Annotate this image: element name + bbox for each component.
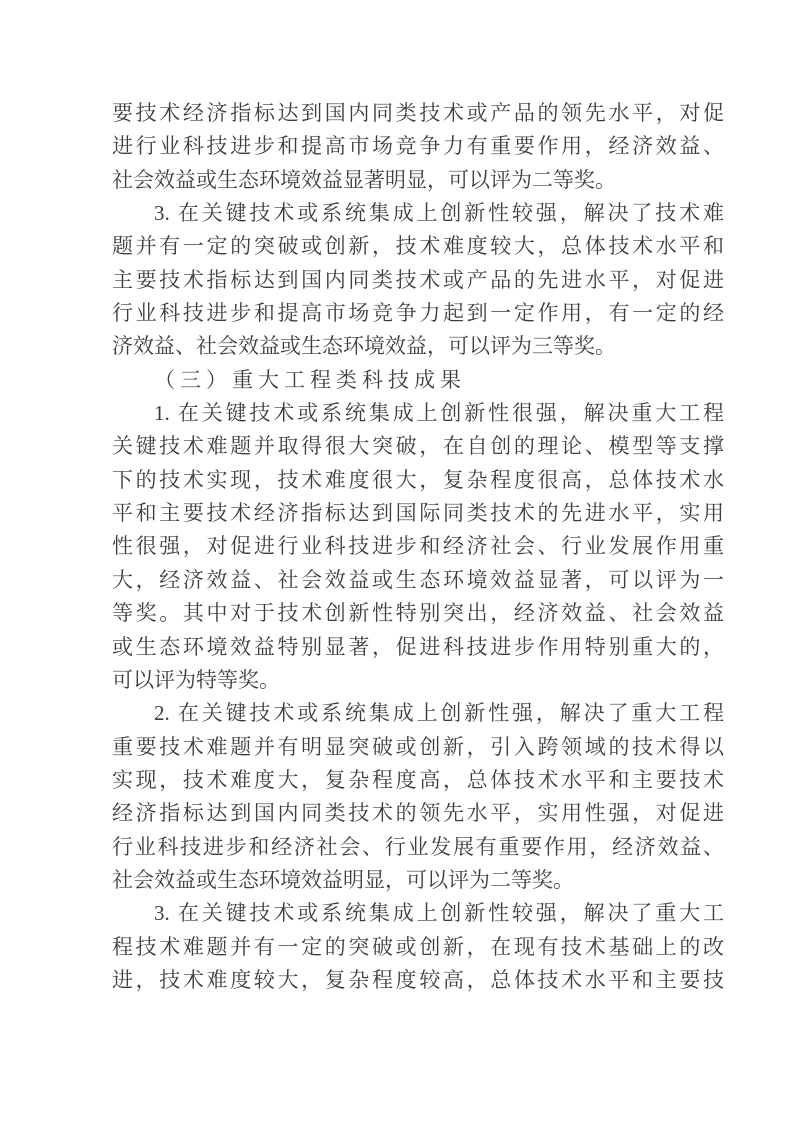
text-line: 关键技术难题并取得很大突破，在自创的理论、模型等支撑: [112, 430, 724, 463]
text-line: 下的技术实现，技术难度很大，复杂程度很高，总体技术水: [112, 464, 724, 497]
text-line: 平和主要技术经济指标达到国际同类技术的先进水平，实用: [112, 497, 724, 530]
document-body: { "page": { "background_color": "#ffffff…: [0, 0, 794, 1123]
text-line: 或生态环境效益特别显著，促进科技进步作用特别重大的，: [112, 631, 724, 664]
text-line: 3. 在关键技术或系统集成上创新性较强，解决了技术难: [112, 197, 724, 230]
document-page: 要技术经济指标达到国内同类技术或产品的领先水平，对促进行业科技进步和提高市场竞争…: [0, 0, 794, 1123]
text-line: 大，经济效益、社会效益或生态环境效益显著，可以评为一: [112, 564, 724, 597]
text-line: 3. 在关键技术或系统集成上创新性较强，解决了重大工: [112, 897, 724, 930]
text-line: 可以评为特等奖。: [112, 664, 724, 697]
text-line: 题并有一定的突破或创新，技术难度较大，总体技术水平和: [112, 230, 724, 263]
text-line: 重要技术难题并有明显突破或创新，引入跨领域的技术得以: [112, 731, 724, 764]
text-line: 进行业科技进步和提高市场竞争力有重要作用，经济效益、: [112, 130, 724, 163]
text-line: 济效益、社会效益或生态环境效益，可以评为三等奖。: [112, 330, 724, 363]
text-line: 实现，技术难度大，复杂程度高，总体技术水平和主要技术: [112, 764, 724, 797]
text-line: 主要技术指标达到国内同类技术或产品的先进水平，对促进: [112, 264, 724, 297]
text-line: 1. 在关键技术或系统集成上创新性很强，解决重大工程: [112, 397, 724, 430]
text-line: 进，技术难度较大，复杂程度较高，总体技术水平和主要技: [112, 964, 724, 997]
text-line: 社会效益或生态环境效益明显，可以评为二等奖。: [112, 864, 724, 897]
text-line: 等奖。其中对于技术创新性特别突出，经济效益、社会效益: [112, 597, 724, 630]
text-line: 社会效益或生态环境效益显著明显，可以评为二等奖。: [112, 164, 724, 197]
document-text: 要技术经济指标达到国内同类技术或产品的领先水平，对促进行业科技进步和提高市场竞争…: [112, 97, 724, 997]
text-line: 性很强，对促进行业科技进步和经济社会、行业发展作用重: [112, 530, 724, 563]
text-line: 2. 在关键技术或系统集成上创新性强，解决了重大工程: [112, 697, 724, 730]
text-line: 经济指标达到国内同类技术的领先水平，实用性强，对促进: [112, 797, 724, 830]
section-heading: （三）重大工程类科技成果: [112, 364, 724, 397]
text-line: 行业科技进步和经济社会、行业发展有重要作用，经济效益、: [112, 831, 724, 864]
text-line: 程技术难题并有一定的突破或创新，在现有技术基础上的改: [112, 931, 724, 964]
text-line: 要技术经济指标达到国内同类技术或产品的领先水平，对促: [112, 97, 724, 130]
text-line: 行业科技进步和提高市场竞争力起到一定作用，有一定的经: [112, 297, 724, 330]
